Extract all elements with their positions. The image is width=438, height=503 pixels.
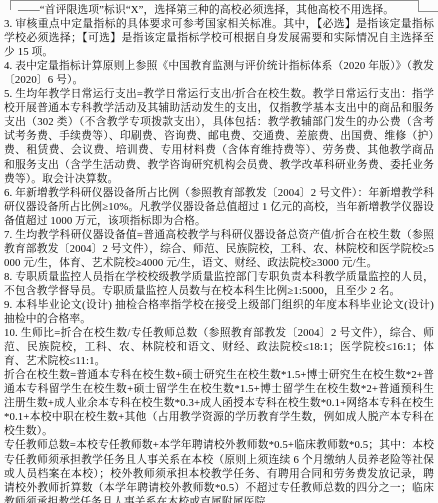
note-10-student-teacher-ratio: 10. 生师比=折合在校生数/专任教师总数（参照教育部教发〔2004〕2 号文件… xyxy=(4,326,434,368)
note-6-new-equipment-ratio: 6. 年新增教学科研仪器设备所占比例（参照教育部教发〔2004〕2 号文件）：年… xyxy=(4,186,434,228)
note-converted-enrollment-formula: 折合在校生数=普通本专科在校生数+硕士研究生在校生数*1.5+博士研究生在校生数… xyxy=(4,368,434,438)
table-bottom-border xyxy=(10,0,419,1)
note-3-review-key-points: 3. 审核重点中定量指标的具体要求可参考国家相关标准。其中，【必选】是指该定量指… xyxy=(4,17,434,59)
note-8-quality-monitoring-staff: 8. 专职质量监控人员指在学校校级教学质量监控部门专职负责本科教学质量监控的人员… xyxy=(4,270,434,298)
note-fulltime-teacher-total-formula: 专任教师总数=本校专任教师数+本学年聘请校外教师数*0.5+临床教师数*0.5；… xyxy=(4,438,434,503)
note-4-indicator-calculation-basis: 4. 表中定量指标计算原则上参照《中国教育监测与评价统计指标体系（2020 年版… xyxy=(4,59,434,87)
note-9-thesis-sampling-pass-rate: 9. 本科毕业论文(设计) 抽检合格率指学校在接受上级部门组织的年度本科毕业论文… xyxy=(4,298,434,326)
note-5-per-student-teaching-expenditure: 5. 生均年教学日常运行支出=教学日常运行支出/折合在校生数。教学日常运行支出：… xyxy=(4,87,434,185)
notes-text-block: ——“首评限选项”标识“X”，选择第三种的高校必须选择，其他高校不用选择。 3.… xyxy=(4,3,434,503)
note-first-eval-option: ——“首评限选项”标识“X”，选择第三种的高校必须选择，其他高校不用选择。 xyxy=(4,3,434,17)
note-7-per-student-equipment-value: 7. 生均教学科研仪器设备值=普通高校教学与科研仪器设备总资产值/折合在校生数（… xyxy=(4,228,434,270)
